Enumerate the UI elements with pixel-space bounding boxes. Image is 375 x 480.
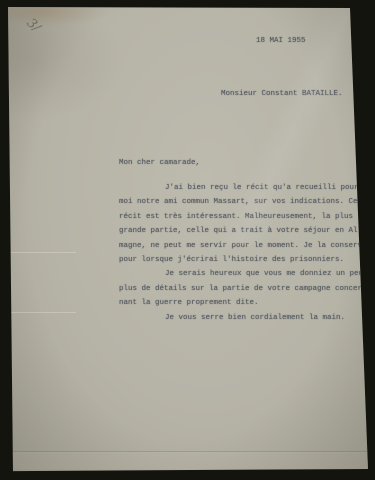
handwritten-mark: 3/	[24, 16, 43, 36]
letter-body-line: J'ai bien reçu le récit qu'a recueilli p…	[165, 181, 370, 195]
letter-body-line: nant la guerre proprement dite.	[119, 296, 370, 310]
letter-closing-line: Je vous serre bien cordialement la main.	[165, 311, 370, 325]
letter-body-line: moi notre ami commun Massart, sur vos in…	[119, 195, 370, 209]
letter-body: Mon cher camarade, J'ai bien reçu le réc…	[6, 156, 370, 325]
letter-body-line: pour lorsque j'écrirai l'histoire des pr…	[119, 253, 370, 267]
letter-salutation: Mon cher camarade,	[119, 156, 370, 170]
letter-body-line: Je serais heureux que vous me donniez un…	[165, 267, 370, 281]
letter-recipient: Monsieur Constant BATAILLE.	[221, 90, 343, 98]
letter-page: 3/ 18 MAI 1955 Monsieur Constant BATAILL…	[6, 5, 370, 472]
paper-fold-crease	[8, 451, 368, 453]
letter-body-line: magne, ne peut me servir pour le moment.…	[119, 239, 370, 253]
paper-fold-band	[8, 453, 368, 469]
scan-background: { "letter": { "date": "18 MAI 1955", "re…	[0, 0, 375, 480]
letter-body-line: plus de détails sur la partie de votre c…	[119, 282, 370, 296]
letter-body-line: grande partie, celle qui a trait à votre…	[119, 224, 370, 238]
letter-body-line: récit est très intéressant. Malheureusem…	[119, 210, 370, 224]
letter-date: 18 MAI 1955	[256, 37, 306, 45]
